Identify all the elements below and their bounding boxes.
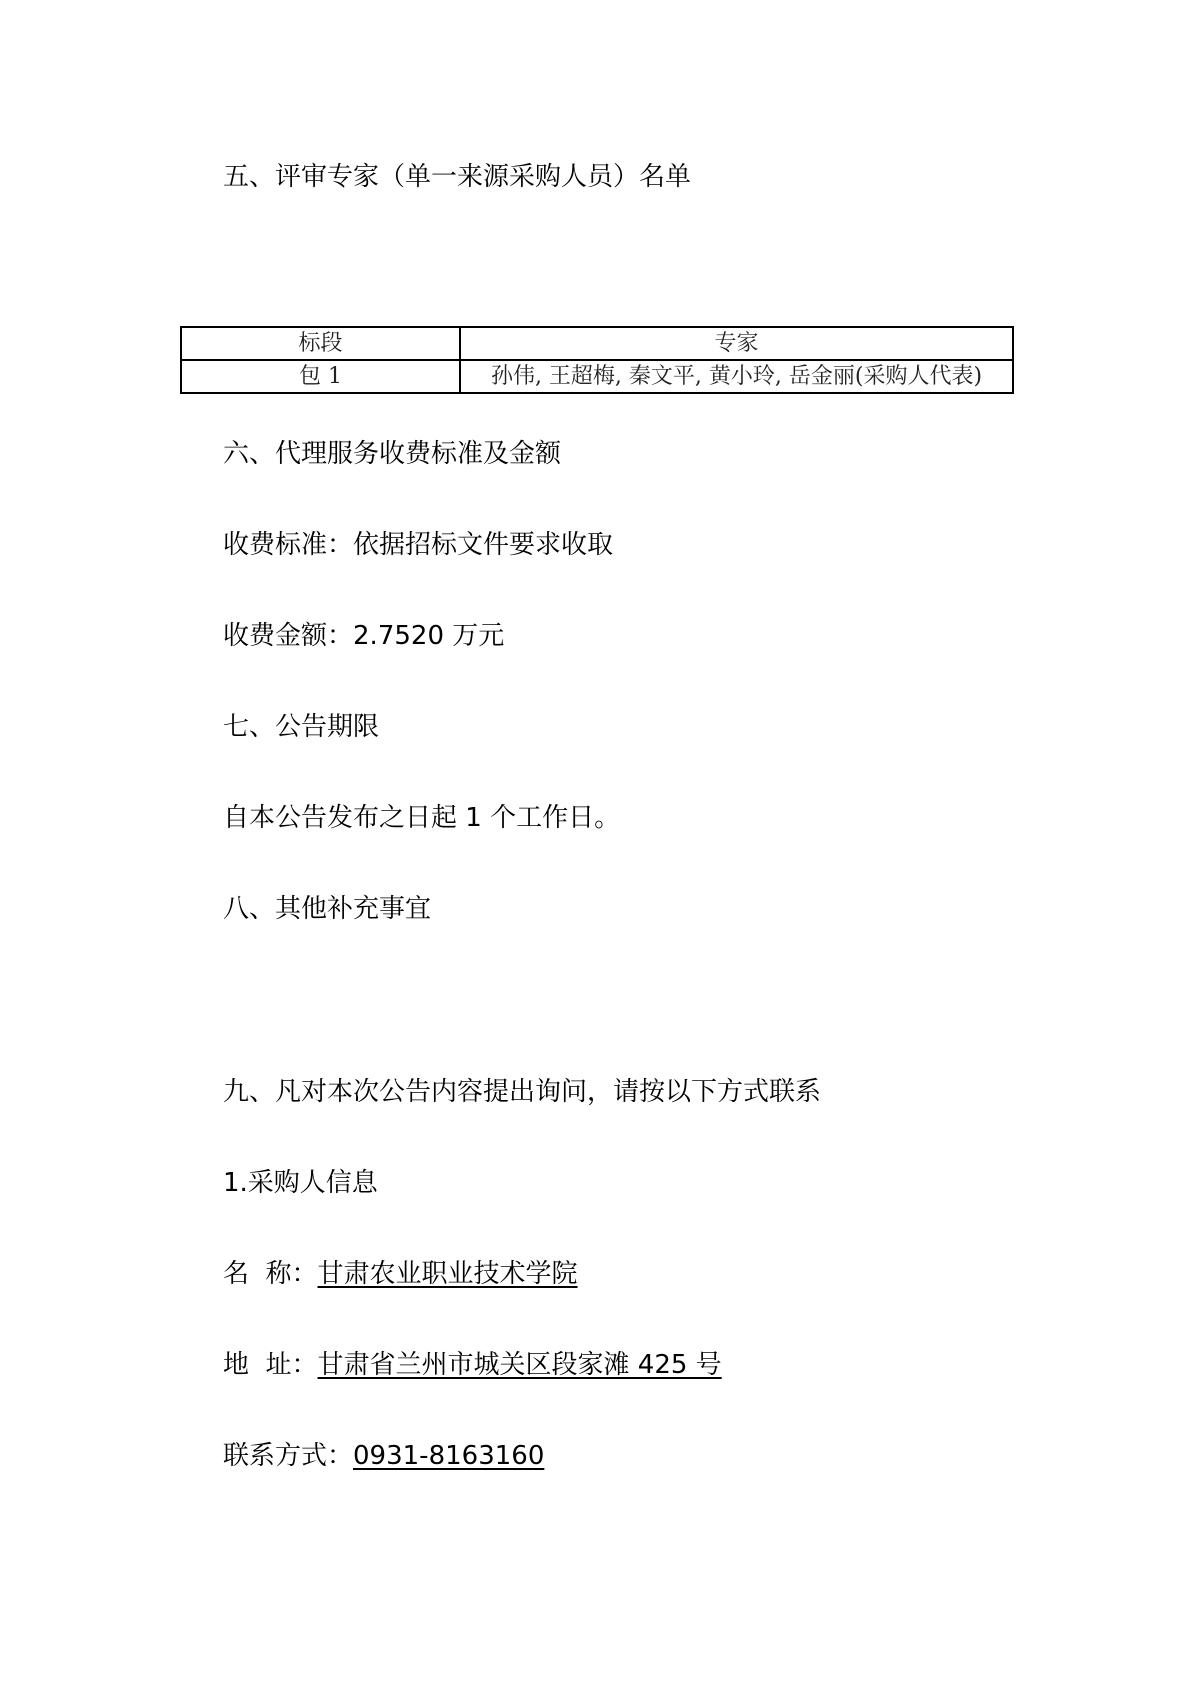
lot-cell: 包 1: [181, 360, 460, 393]
section-6-heading: 六、代理服务收费标准及金额: [223, 437, 561, 471]
section-9-heading: 九、凡对本次公告内容提出询问，请按以下方式联系: [223, 1075, 821, 1109]
purchaser-address-value: 甘肃省兰州市城关区段家滩 425 号: [318, 1350, 722, 1380]
fee-amount-value: 2.7520 万元: [353, 621, 504, 651]
experts-table: 标段 专家 包 1 孙伟, 王超梅, 秦文平, 黄小玲, 岳金丽(采购人代表): [180, 326, 1014, 394]
purchaser-address-label: 地 址：: [223, 1350, 318, 1380]
purchaser-name-label: 名 称：: [223, 1259, 318, 1289]
purchaser-contact-line: 联系方式：0931-8163160: [223, 1439, 544, 1473]
fee-standard-label: 收费标准：: [223, 530, 353, 560]
purchaser-info-heading: 1.采购人信息: [223, 1166, 378, 1200]
column-header-lot: 标段: [181, 327, 460, 360]
announcement-period-text: 自本公告发布之日起 1 个工作日。: [223, 801, 620, 835]
section-8-heading: 八、其他补充事宜: [223, 892, 431, 926]
fee-standard-line: 收费标准：依据招标文件要求收取: [223, 528, 613, 562]
section-7-heading: 七、公告期限: [223, 710, 379, 744]
section-5-heading: 五、评审专家（单一来源采购人员）名单: [223, 160, 691, 194]
purchaser-name-line: 名 称：甘肃农业职业技术学院: [223, 1257, 578, 1291]
purchaser-contact-value: 0931-8163160: [353, 1441, 544, 1471]
fee-amount-label: 收费金额：: [223, 621, 353, 651]
table-header-row: 标段 专家: [181, 327, 1013, 360]
table-row: 包 1 孙伟, 王超梅, 秦文平, 黄小玲, 岳金丽(采购人代表): [181, 360, 1013, 393]
fee-standard-value: 依据招标文件要求收取: [353, 530, 613, 560]
purchaser-name-value: 甘肃农业职业技术学院: [318, 1259, 578, 1289]
column-header-experts: 专家: [460, 327, 1013, 360]
fee-amount-line: 收费金额：2.7520 万元: [223, 619, 504, 653]
purchaser-contact-label: 联系方式：: [223, 1441, 353, 1471]
experts-cell: 孙伟, 王超梅, 秦文平, 黄小玲, 岳金丽(采购人代表): [460, 360, 1013, 393]
purchaser-address-line: 地 址：甘肃省兰州市城关区段家滩 425 号: [223, 1348, 722, 1382]
